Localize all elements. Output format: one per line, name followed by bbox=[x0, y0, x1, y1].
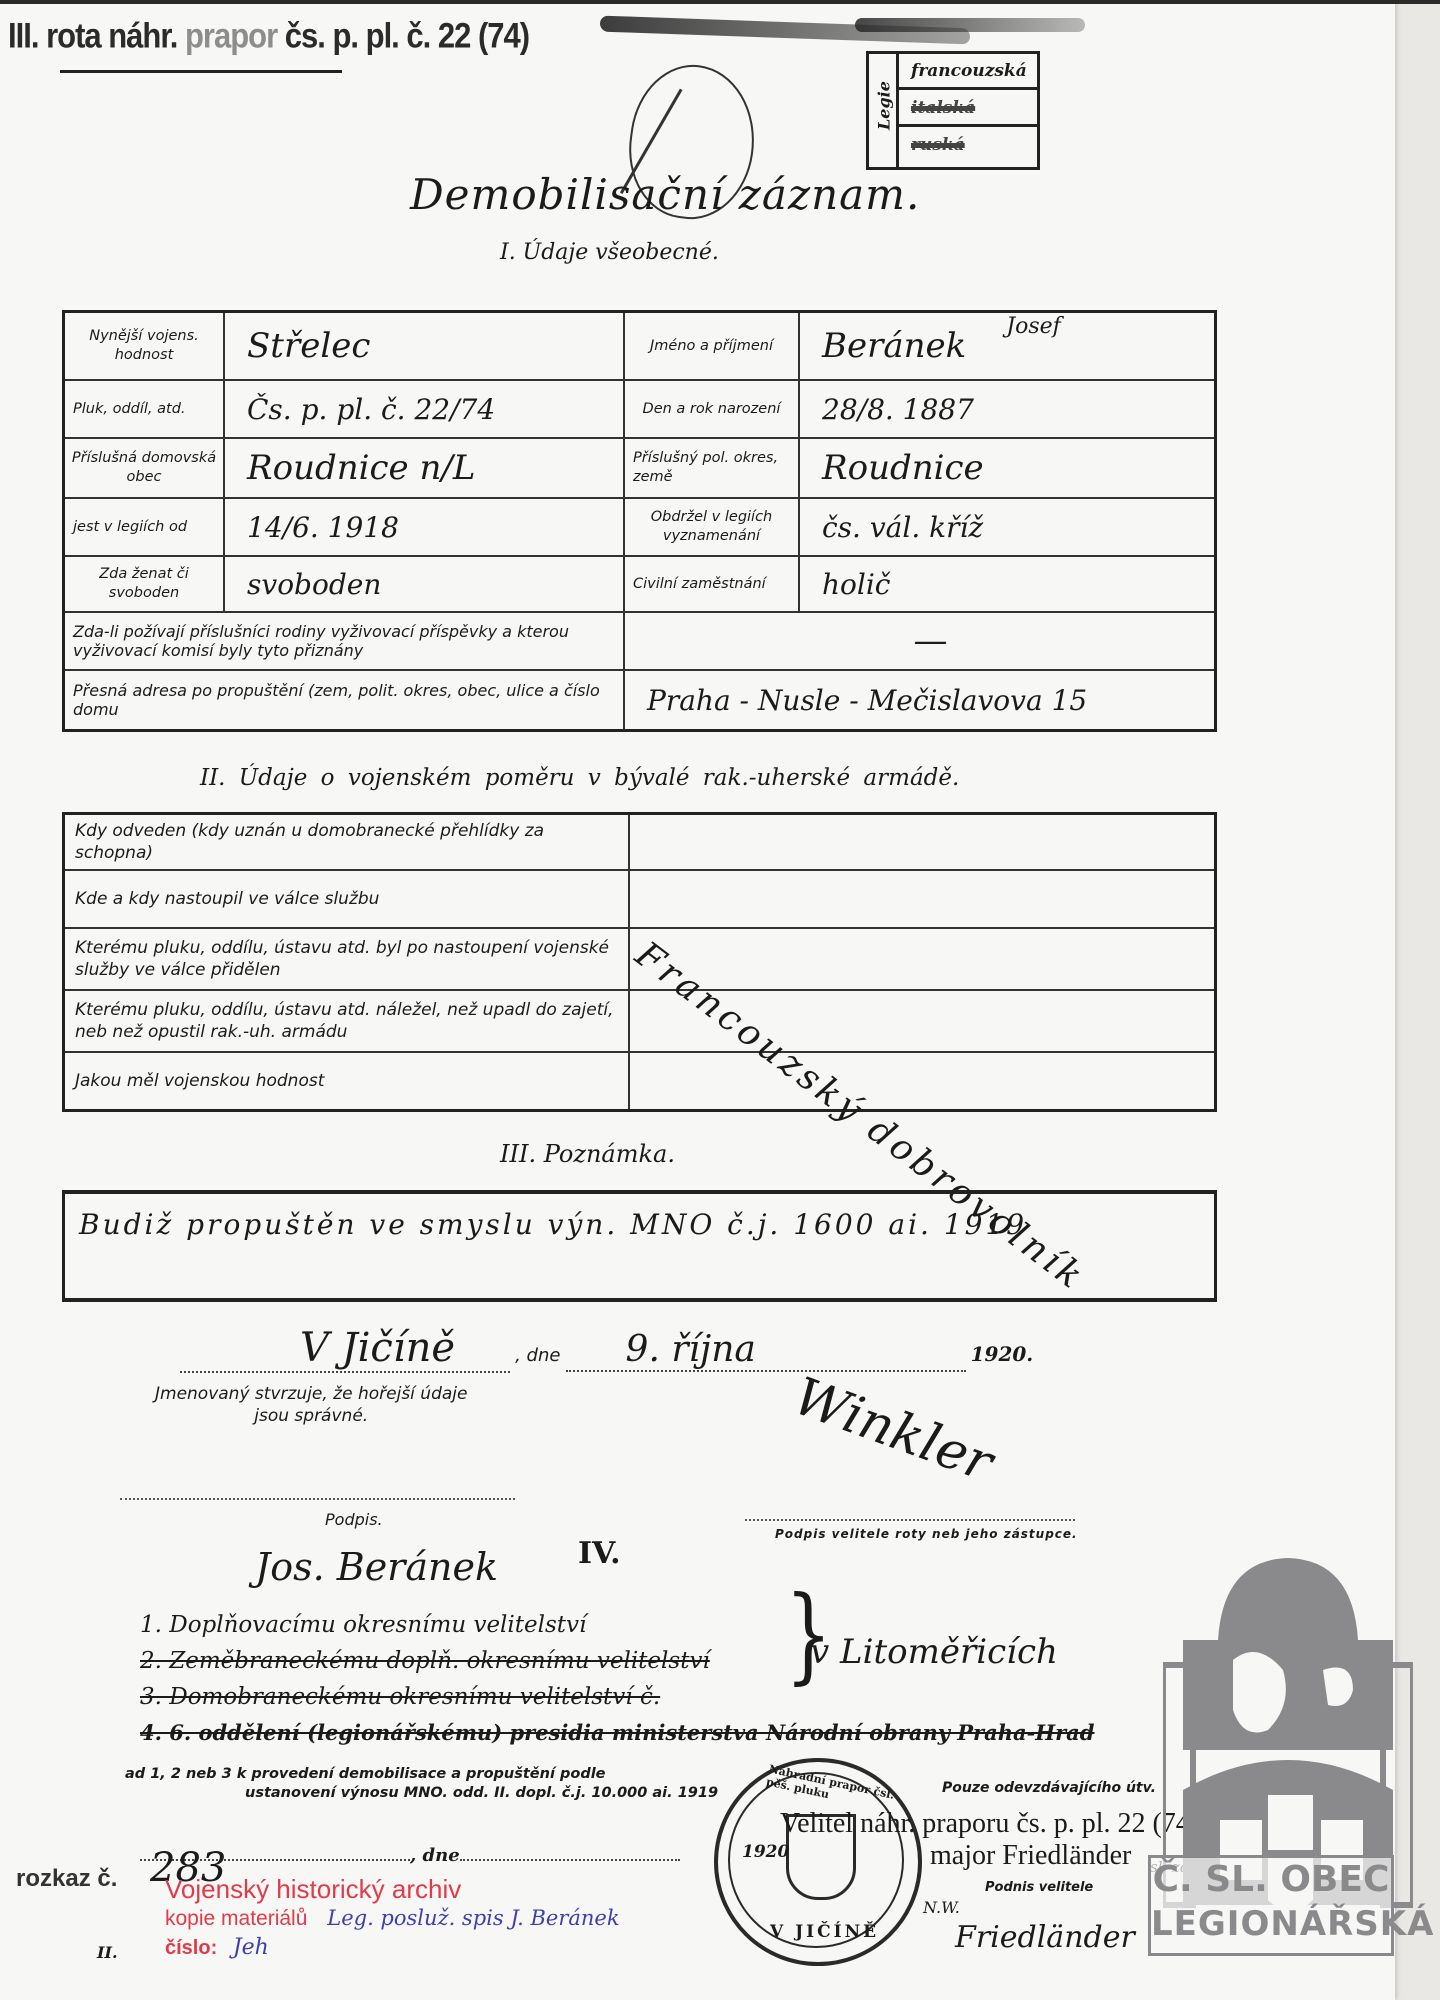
legion-label-cell: Legie bbox=[869, 54, 899, 167]
value-family-support: — bbox=[625, 613, 1214, 671]
value-address: Praha - Nusle - Mečislavova 15 bbox=[625, 671, 1214, 729]
stamp-underline bbox=[60, 70, 342, 73]
unit-stamp-rest: čs. p. pl. č. 22 (74) bbox=[285, 15, 529, 55]
commander-sign-label: Podnis velitele bbox=[985, 1880, 1093, 1895]
label-district: Příslušný pol. okres, země bbox=[625, 439, 800, 499]
soldier-signature: Jos. Beránek bbox=[255, 1545, 498, 1589]
commander-signature-line bbox=[745, 1519, 1075, 1521]
legion-option: ruská bbox=[899, 128, 1037, 164]
recipient-text: 3. Domobraneckému okresnímu velitelství … bbox=[140, 1684, 660, 1710]
recipient-text: 4. 6. oddělení (legionářskému) presidia … bbox=[140, 1720, 1094, 1745]
archive-name: Vojenský historický archiv bbox=[165, 1875, 620, 1904]
order-line2: ustanovení výnosu MNO. odd. II. dopl. č.… bbox=[125, 1784, 718, 1803]
legion-option-text: italská bbox=[911, 98, 975, 118]
recipient-1: 1. Doplňovacímu okresnímu velitelství bbox=[140, 1612, 586, 1638]
dne-label: , dne bbox=[515, 1345, 560, 1366]
row-label: Kde a kdy nastoupil ve válce službu bbox=[65, 871, 630, 927]
commander-stamp: Velitel náhr. praporu čs. p. pl. 22 (74)… bbox=[780, 1808, 1199, 1872]
recipient-2: 2. Zeměbraneckému doplň. okresnímu velit… bbox=[140, 1648, 710, 1674]
recipient-text: 2. Zeměbraneckému doplň. okresnímu velit… bbox=[140, 1648, 710, 1674]
unit-stamp-main: III. rota náhr. bbox=[8, 15, 177, 55]
recipient-4: 4. 6. oddělení (legionářskému) presidia … bbox=[140, 1720, 1094, 1745]
archive-stamp: Vojenský historický archiv kopie materiá… bbox=[165, 1875, 620, 1963]
value-surname: Beránek bbox=[822, 326, 966, 366]
label-birth: Den a rok narození bbox=[625, 381, 800, 439]
value-rank: Střelec bbox=[225, 313, 625, 381]
order-line1: ad 1, 2 neb 3 k provedení demobilisace a… bbox=[125, 1765, 718, 1784]
logo-line2: LEGIONÁŘSKÁ bbox=[1151, 1902, 1391, 1946]
confirmation-line2: jsou správné. bbox=[155, 1405, 467, 1427]
value-first-name: Josef bbox=[1006, 314, 1061, 339]
margin-mark: II. bbox=[97, 1943, 118, 1962]
value-regiment: Čs. p. pl. č. 22/74 bbox=[225, 381, 625, 439]
label-legion-since: jest v legiích od bbox=[65, 499, 225, 557]
signature-label: Podpis. bbox=[325, 1510, 383, 1529]
archive-copy-value: Leg. posluž. spis J. Beránek bbox=[327, 1906, 619, 1930]
signature-line bbox=[120, 1498, 515, 1500]
label-family-support: Zda-li požívají příslušníci rodiny vyživ… bbox=[65, 613, 625, 671]
value-birth: 28/8. 1887 bbox=[800, 381, 1214, 439]
value-home: Roudnice n/L bbox=[225, 439, 625, 499]
legion-option-text: ruská bbox=[911, 135, 965, 155]
label-address: Přesná adresa po propuštění (zem, polit.… bbox=[65, 671, 625, 729]
section4-heading: IV. bbox=[578, 1536, 621, 1571]
label-decoration: Obdržel v legiích vyznamenání bbox=[625, 499, 800, 557]
commander-title: Velitel náhr. praporu čs. p. pl. 22 (74) bbox=[780, 1808, 1199, 1840]
value-decoration: čs. vál. kříž bbox=[800, 499, 1214, 557]
label-occupation: Civilní zaměstnání bbox=[625, 557, 800, 613]
scan-edge bbox=[0, 0, 1440, 4]
legion-option: francouzská bbox=[899, 54, 1037, 90]
table-row: Kdy odveden (kdy uznán u domobranecké př… bbox=[65, 815, 1214, 871]
section1-heading: I. Údaje všeobecné. bbox=[500, 240, 719, 265]
label-regiment: Pluk, oddíl, atd. bbox=[65, 381, 225, 439]
label-home: Příslušná domovská obec bbox=[65, 439, 225, 499]
recipient-location: v Litoměřicích bbox=[810, 1632, 1058, 1672]
legion-box: Legie francouzská italská ruská bbox=[866, 51, 1040, 170]
row-label: Kterému pluku, oddílu, ústavu atd. nálež… bbox=[65, 991, 630, 1051]
date-value: 9. října bbox=[566, 1329, 966, 1372]
table-row: Jakou měl vojenskou hodnost bbox=[65, 1053, 1214, 1109]
major-signature: Friedländer bbox=[955, 1920, 1135, 1955]
place-value: V Jičíně bbox=[180, 1325, 510, 1373]
place-date-line: V Jičíně , dne 9. října 1920. bbox=[180, 1325, 1240, 1375]
legion-label: Legie bbox=[875, 71, 894, 141]
label-name: Jméno a příjmení bbox=[625, 313, 800, 381]
value-marital: svoboden bbox=[225, 557, 625, 613]
commander-signature-caption: Podpis velitele roty neb jeho zástupce. bbox=[775, 1527, 1078, 1541]
table-row: Kterému pluku, oddílu, ústavu atd. nálež… bbox=[65, 991, 1214, 1053]
unit-stamp-faint: prapor bbox=[185, 15, 277, 55]
toner-smudge bbox=[855, 18, 1085, 32]
value-occupation: holič bbox=[800, 557, 1214, 613]
archive-number-label: číslo: bbox=[165, 1937, 217, 1959]
label-rank: Nynější vojens. hodnost bbox=[65, 313, 225, 381]
unit-stamp: III. rota náhr. prapor čs. p. pl. č. 22 … bbox=[8, 15, 529, 56]
confirmation-text: Jmenovaný stvrzuje, že hořejší údaje jso… bbox=[155, 1383, 467, 1427]
legion-option-text: francouzská bbox=[911, 61, 1027, 81]
table-row: Kde a kdy nastoupil ve válce službu bbox=[65, 871, 1214, 929]
legion-option: italská bbox=[899, 91, 1037, 127]
seal-city: V JIČÍNĚ bbox=[770, 1922, 879, 1942]
value-legion-since: 14/6. 1918 bbox=[225, 499, 625, 557]
order-note: ad 1, 2 neb 3 k provedení demobilisace a… bbox=[125, 1765, 718, 1803]
row-label: Jakou měl vojenskou hodnost bbox=[65, 1053, 630, 1109]
section3-heading: III. Poznámka. bbox=[500, 1140, 675, 1168]
section2-heading: II. Údaje o vojenském poměru v bývalé ra… bbox=[200, 765, 959, 791]
recipient-text: 1. Doplňovacímu okresnímu velitelství bbox=[140, 1612, 586, 1638]
initials: N.W. bbox=[923, 1898, 960, 1917]
order-number-label: rozkaz č. bbox=[16, 1865, 117, 1893]
archive-number-value: Jeh bbox=[233, 1935, 269, 1960]
recipient-3: 3. Domobraneckému okresnímu velitelství … bbox=[140, 1684, 660, 1710]
year-value: 1920. bbox=[971, 1342, 1034, 1366]
footer-dne-label: , dne bbox=[410, 1845, 460, 1866]
row-label: Kterému pluku, oddílu, ústavu atd. byl p… bbox=[65, 929, 630, 989]
logo-line1: Č. SL. OBEC bbox=[1151, 1858, 1391, 1902]
label-marital: Zda ženat či svoboden bbox=[65, 557, 225, 613]
legion-logo-text: Č. SL. OBEC LEGIONÁŘSKÁ bbox=[1148, 1855, 1394, 1956]
general-info-table: Nynější vojens. hodnost Střelec Jméno a … bbox=[62, 310, 1217, 732]
row-label: Kdy odveden (kdy uznán u domobranecké př… bbox=[65, 815, 630, 869]
remark-box: Budiž propuštěn ve smyslu výn. MNO č.j. … bbox=[62, 1190, 1217, 1302]
value-name: Beránek Josef bbox=[800, 313, 1214, 381]
archive-copy-label: kopie materiálů bbox=[165, 1907, 307, 1930]
value-district: Roudnice bbox=[800, 439, 1214, 499]
document-title: Demobilisační záznam. bbox=[410, 170, 920, 219]
handover-note: Pouze odevzdávajícího útv. bbox=[942, 1780, 1156, 1796]
confirmation-line1: Jmenovaný stvrzuje, že hořejší údaje bbox=[155, 1383, 467, 1405]
commander-name: major Friedländer bbox=[780, 1840, 1199, 1872]
